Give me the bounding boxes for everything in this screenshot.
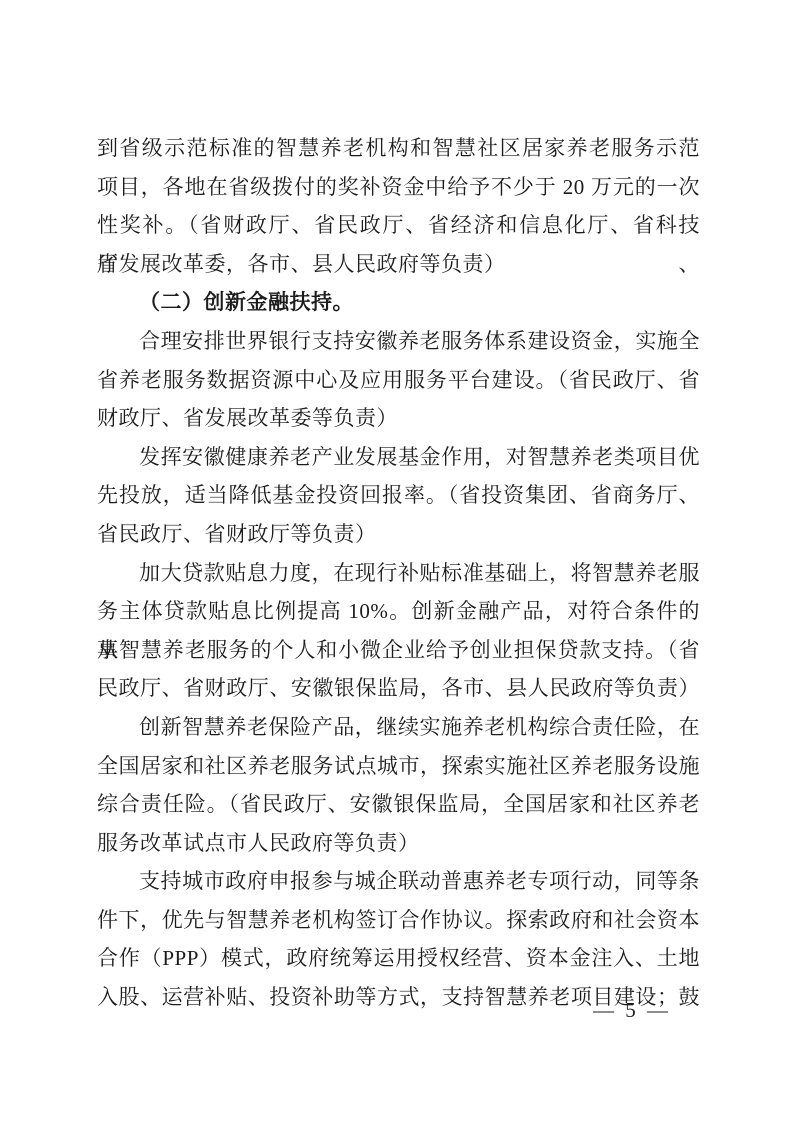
text-line: 支持城市政府申报参与城企联动普惠养老专项行动，同等条	[97, 862, 700, 901]
text-line: 务主体贷款贴息比例提高 10%。创新金融产品，对符合条件的从	[97, 592, 700, 631]
text-line: 综合责任险。（省民政厅、安徽银保监局，全国居家和社区养老	[97, 785, 700, 824]
text-line: 民政厅、省财政厅、安徽银保监局，各市、县人民政府等负责）	[97, 669, 700, 708]
text-line: 省民政厅、省财政厅等负责）	[97, 515, 700, 554]
text-line: 先投放，适当降低基金投资回报率。（省投资集团、省商务厅、	[97, 476, 700, 515]
section-heading: （二）创新金融扶持。	[97, 283, 700, 322]
text-line: 加大贷款贴息力度，在现行补贴标准基础上，将智慧养老服	[97, 554, 700, 593]
document-page: 到省级示范标准的智慧养老机构和智慧社区居家养老服务示范项目，各地在省级拨付的奖补…	[0, 0, 793, 1122]
text-line: 项目，各地在省级拨付的奖补资金中给予不少于 20 万元的一次	[97, 168, 700, 207]
text-line: 事智慧养老服务的个人和小微企业给予创业担保贷款支持。（省	[97, 631, 700, 670]
text-line: 性奖补。（省财政厅、省民政厅、省经济和信息化厅、省科技厅、	[97, 206, 700, 245]
document-body: 到省级示范标准的智慧养老机构和智慧社区居家养老服务示范项目，各地在省级拨付的奖补…	[97, 129, 700, 1017]
text-line: 到省级示范标准的智慧养老机构和智慧社区居家养老服务示范	[97, 129, 700, 168]
text-line: 发挥安徽健康养老产业发展基金作用，对智慧养老类项目优	[97, 438, 700, 477]
text-line: 省养老服务数据资源中心及应用服务平台建设。（省民政厅、省	[97, 361, 700, 400]
text-line: 服务改革试点市人民政府等负责）	[97, 824, 700, 863]
text-line: 全国居家和社区养老服务试点城市，探索实施社区养老服务设施	[97, 747, 700, 786]
page-number: — 5 —	[593, 998, 671, 1023]
text-line: 件下，优先与智慧养老机构签订合作协议。探索政府和社会资本	[97, 901, 700, 940]
text-line: 合理安排世界银行支持安徽养老服务体系建设资金，实施全	[97, 322, 700, 361]
text-line: 合作（PPP）模式，政府统筹运用授权经营、资本金注入、土地	[97, 939, 700, 978]
text-line: 创新智慧养老保险产品，继续实施养老机构综合责任险，在	[97, 708, 700, 747]
text-line: 财政厅、省发展改革委等负责）	[97, 399, 700, 438]
